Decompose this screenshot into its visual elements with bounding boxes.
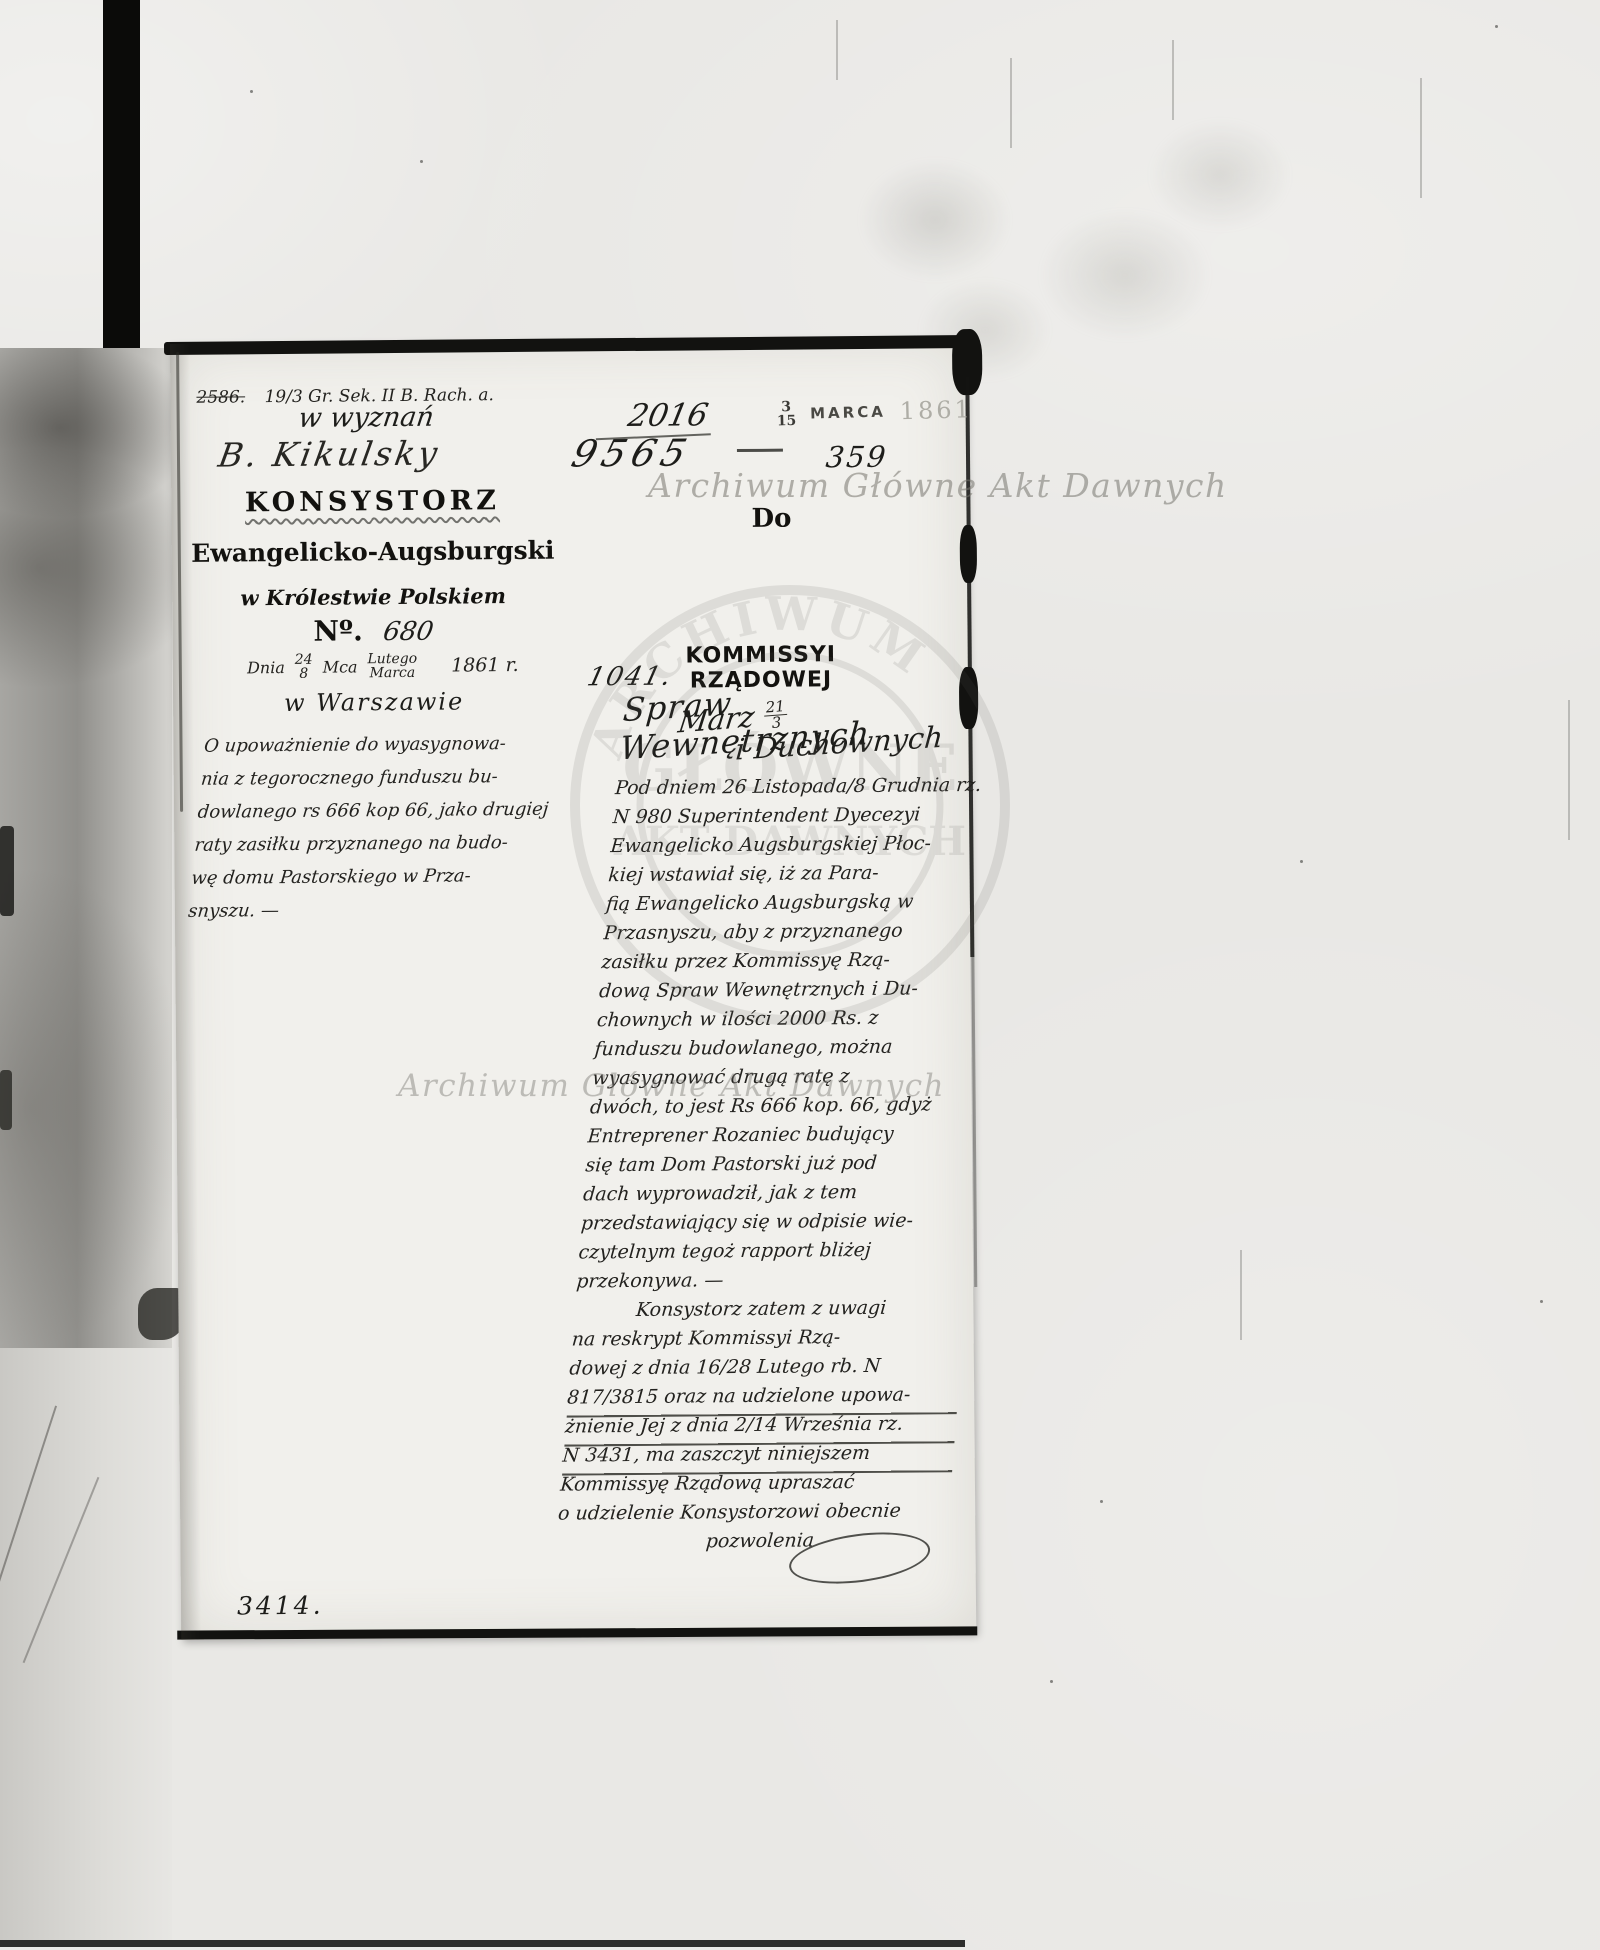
no-label: Nº. [313, 614, 363, 647]
film-speck [1495, 25, 1498, 28]
svg-text:GŁÓWNE: GŁÓWNE [623, 731, 958, 806]
film-scratch [1420, 78, 1422, 198]
ghost-ornament [860, 160, 1010, 280]
manuscript-line: przedstawiający się w odpisie wie- [580, 1209, 974, 1241]
film-speck [250, 90, 253, 93]
binding-bar-top [103, 0, 140, 356]
ghost-ornament [1040, 210, 1210, 340]
precis-line: dowlanego rs 666 kop 66, jako drugiej [196, 793, 559, 829]
manuscript-line: N 3431, ma zaszczyt niniejszem [561, 1441, 955, 1473]
book-spine-lower [0, 1348, 172, 1940]
stamp-day-stack: 3 15 [776, 400, 796, 429]
manuscript-line: dach wyprowadził, jak z tem [582, 1180, 976, 1212]
seal-bottom: AKT DAWNYCH [613, 818, 966, 865]
ghost-ornament [1150, 120, 1290, 230]
precis-line: wę domu Pastorskiego w Prza- [190, 859, 553, 895]
letterhead-confession: Ewangelicko-Augsburgski [187, 536, 559, 568]
watermark-text-top: Archiwum Główne Akt Dawnych [648, 466, 1228, 505]
archive-seal-watermark: ARCHIWUM GŁÓWNE AKT DAWNYCH [560, 575, 1020, 1035]
film-scratch [836, 20, 838, 80]
letterhead-number-line: Nº. 680 [187, 613, 559, 649]
date-day-stack: 24 8 [293, 653, 315, 681]
letterhead-place: w Warszawie [188, 687, 560, 718]
recipient-do: Do [751, 504, 791, 534]
date-month-stack: Lutego Marca [365, 652, 419, 680]
manuscript-line: się tam Dom Pastorski już pod [584, 1151, 978, 1183]
precis-line: snyszu. — [187, 892, 550, 928]
manuscript-line: przekonywa. — [575, 1267, 969, 1299]
letterhead-date-line: Dnia 24 8 Mca Lutego Marca 1861 r. [213, 651, 553, 682]
manuscript-line: o udzielenie Konsystorzowi obecnie [557, 1499, 951, 1531]
date-month-bottom: Marca [370, 666, 416, 680]
film-speck [1540, 1300, 1543, 1303]
photo-bottom-edge [0, 1940, 965, 1947]
manuscript-line: Kommissyę Rządową upraszać [559, 1470, 953, 1502]
manuscript-line: Entreprener Rozaniec budujący [586, 1122, 980, 1154]
film-speck [1100, 1500, 1103, 1503]
letterhead-realm: w Królestwie Polskiem [187, 583, 559, 611]
stamp-month: MARCA [810, 403, 886, 423]
film-speck [420, 160, 423, 163]
precis-line: O upoważnienie do wyasygnowa- [203, 727, 566, 763]
crossed-register-number: 2586. [196, 387, 245, 407]
spine-dark-mark [0, 826, 14, 916]
date-year: 1861 r. [451, 654, 519, 677]
film-speck [1300, 860, 1303, 863]
stamp-day-gregorian: 15 [777, 414, 797, 429]
precis-line: nia z tegorocznego funduszu bu- [199, 760, 562, 796]
film-scratch [1240, 1250, 1242, 1340]
letterhead-org: KONSYSTORZ [186, 485, 558, 519]
manuscript-line: czytelnym tegoż rapport bliżej [577, 1238, 971, 1270]
manuscript-line: Konsystorz zatem z uwagi [573, 1296, 967, 1328]
seal-center: GŁÓWNE [623, 731, 958, 806]
precis-paragraph: O upoważnienie do wyasygnowa-nia z tegor… [187, 727, 566, 928]
date-day-bottom: 8 [299, 667, 308, 681]
registry-number-dash [737, 449, 783, 452]
date-mca-label: Mca [323, 657, 358, 676]
manuscript-line: na reskrypt Kommissyi Rzą- [570, 1325, 964, 1357]
film-scratch [1568, 700, 1570, 840]
watermark-text-middle: Archiwum Główne Akt Dawnych [398, 1068, 945, 1104]
archival-page-number: 3414. [237, 1591, 324, 1621]
date-stamp: 3 15 MARCA 1861 [776, 395, 973, 428]
no-value: 680 [381, 617, 436, 647]
stamp-year: 1861 [899, 395, 973, 425]
svg-text:AKT DAWNYCH: AKT DAWNYCH [613, 818, 966, 865]
department-note: w wyznań [297, 402, 436, 434]
book-spine [0, 348, 172, 1348]
official-signature: B. Kikulsky [216, 434, 443, 475]
date-dnia-label: Dnia [247, 658, 285, 677]
manuscript-line: 817/3815 oraz na udzielone upowa- [566, 1383, 960, 1415]
precis-line: raty zasiłku przyznanego na budo- [193, 826, 556, 862]
registry-number-2016: 2016 [625, 397, 711, 434]
spine-dark-mark [0, 1070, 12, 1130]
film-speck [1050, 1680, 1053, 1683]
manuscript-line: żnienie Jej z dnia 2/14 Września rz. [564, 1412, 958, 1444]
archival-scan: { "photo": { "watermark_line": "Archiwum… [0, 0, 1600, 1950]
date-day-top: 24 [293, 653, 315, 667]
manuscript-line: funduszu budowlanego, można [593, 1035, 987, 1067]
film-scratch [1010, 58, 1012, 148]
manuscript-line: dowej z dnia 16/28 Lutego rb. N [568, 1354, 962, 1386]
film-scratch [1172, 40, 1174, 120]
